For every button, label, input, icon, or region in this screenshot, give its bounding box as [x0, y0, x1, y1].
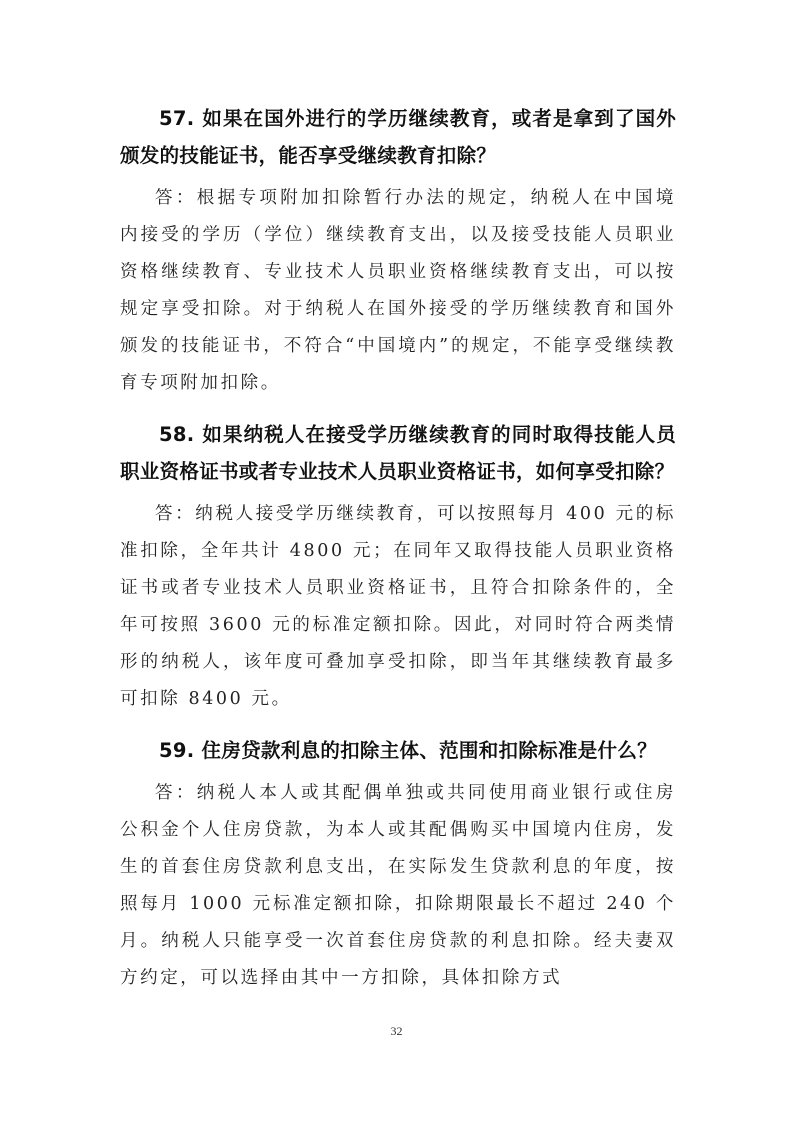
answer-paragraph: 答：纳税人本人或其配偶单独或共同使用商业银行或住房公积金个人住房贷款，为本人或其…: [120, 775, 676, 997]
answer-paragraph: 答：纳税人接受学历继续教育，可以按照每月 400 元的标准扣除，全年共计 480…: [120, 496, 676, 718]
question-heading: 57. 如果在国外进行的学历继续教育，或者是拿到了国外颁发的技能证书，能否享受继…: [120, 100, 676, 174]
qa-section-58: 58. 如果纳税人在接受学历继续教育的同时取得技能人员职业资格证书或者专业技术人…: [120, 416, 676, 718]
answer-paragraph: 答：根据专项附加扣除暂行办法的规定，纳税人在中国境内接受的学历（学位）继续教育支…: [120, 180, 676, 402]
question-heading: 59. 住房贷款利息的扣除主体、范围和扣除标准是什么？: [120, 732, 676, 769]
page-number: 32: [0, 1024, 793, 1039]
qa-section-57: 57. 如果在国外进行的学历继续教育，或者是拿到了国外颁发的技能证书，能否享受继…: [120, 100, 676, 402]
qa-section-59: 59. 住房贷款利息的扣除主体、范围和扣除标准是什么？ 答：纳税人本人或其配偶单…: [120, 732, 676, 997]
document-page: 57. 如果在国外进行的学历继续教育，或者是拿到了国外颁发的技能证书，能否享受继…: [120, 100, 676, 1011]
question-heading: 58. 如果纳税人在接受学历继续教育的同时取得技能人员职业资格证书或者专业技术人…: [120, 416, 676, 490]
